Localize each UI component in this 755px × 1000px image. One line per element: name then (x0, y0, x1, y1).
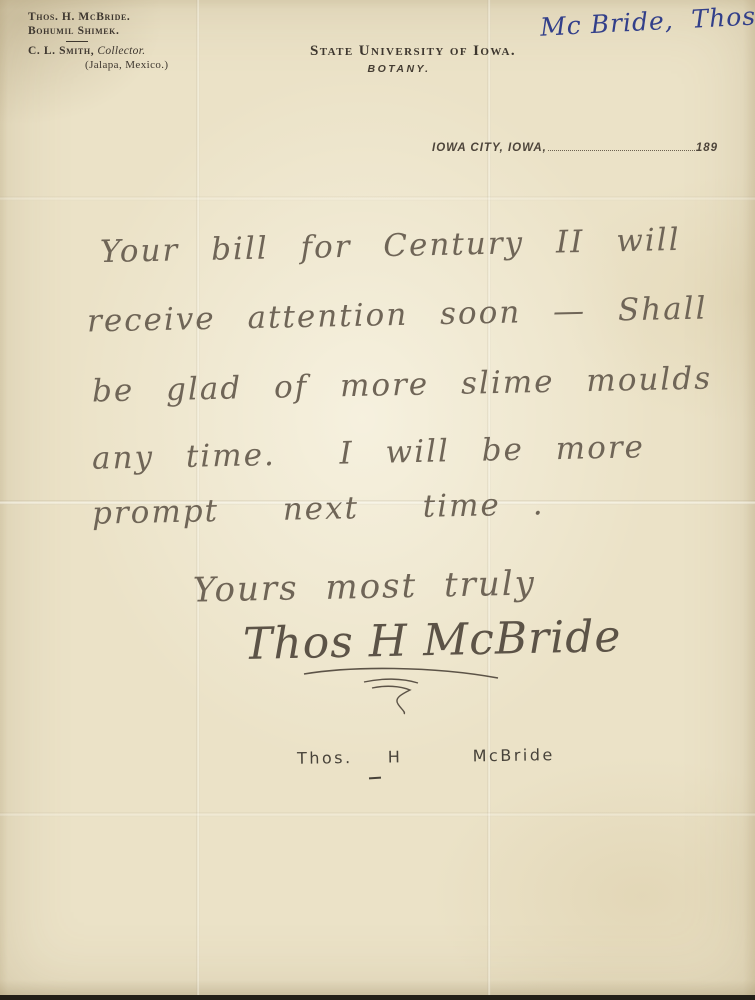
letter-page: Thos. H. McBride. Bohumil Shimek. C. L. … (0, 0, 755, 996)
body-line-2: receive attention soon — Shall (87, 291, 708, 340)
body-line-3: be glad of more slime moulds (92, 361, 713, 410)
dateline: IOWA CITY, IOWA, 189 (432, 140, 718, 154)
smith-name: C. L. Smith, (28, 45, 94, 57)
smith-title: Collector. (94, 45, 145, 57)
pencil-underline-mark (369, 777, 381, 780)
body-line-1: Your bill for Century II will (100, 222, 681, 270)
institution-name: State University of Iowa. (258, 43, 568, 60)
letterhead-staff-block: Thos. H. McBride. Bohumil Shimek. C. L. … (28, 11, 168, 72)
pencil-identification-note: Thos. H McBride (297, 745, 555, 768)
smith-location: (Jalapa, Mexico.) (28, 59, 168, 73)
dateline-year-prefix: 189 (696, 142, 718, 154)
closing-phrase: Yours most truly (193, 563, 537, 610)
staff-name-mcbride: Thos. H. McBride. (28, 11, 168, 25)
signature-flourish (302, 664, 502, 716)
signature: Thos H McBride (243, 611, 622, 670)
archival-note-blue-ink: Mc Bride, Thos. H (539, 0, 755, 42)
department-name: BOTANY. (258, 63, 540, 75)
body-line-4: any time. I will be more (92, 429, 646, 477)
horizontal-fold-crease-top (0, 196, 755, 201)
horizontal-fold-crease-bottom (0, 812, 755, 817)
letterhead-divider-rule (66, 41, 88, 42)
scan-edge-shadow (0, 995, 755, 1000)
body-line-5: prompt next time . (92, 486, 545, 531)
letterhead-center-block: State University of Iowa. BOTANY. (258, 43, 568, 75)
dateline-dotted-leader (548, 140, 695, 151)
staff-name-shimek: Bohumil Shimek. (28, 25, 168, 39)
dateline-place: IOWA CITY, IOWA, (432, 142, 547, 154)
staff-name-smith: C. L. Smith, Collector. (28, 45, 168, 59)
